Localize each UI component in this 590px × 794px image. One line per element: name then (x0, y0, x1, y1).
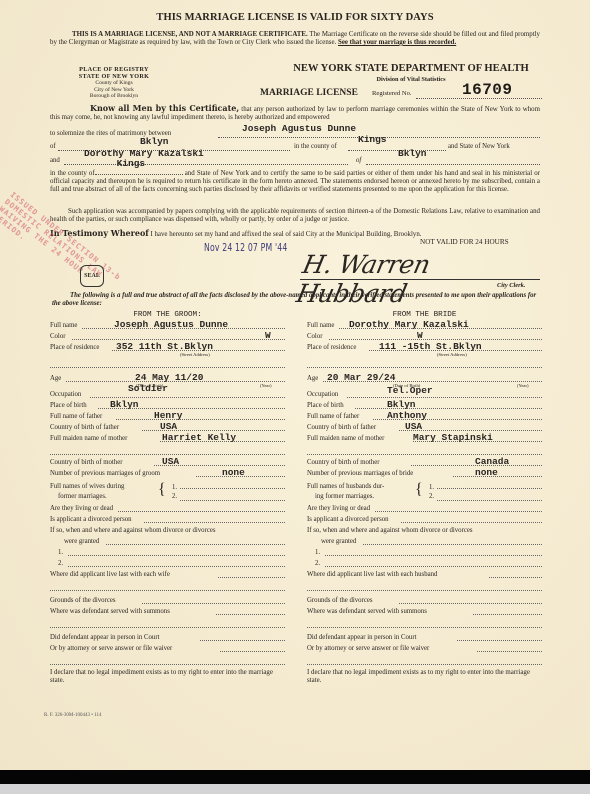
bride-lived-last-label: Where did applicant live last with each … (307, 571, 437, 578)
groom-former-spouses-label-2: former marriages. (58, 493, 107, 500)
bride-spouse-2-line (437, 500, 542, 501)
bride-father-country-row: Country of birth of father USA (307, 421, 542, 432)
groom-occupation-label: Occupation (50, 391, 81, 398)
bride-full-name-value: Dorothy Mary Kazalski (349, 319, 469, 330)
brace-icon: { (415, 482, 423, 498)
bride-attorney-row: Or by attorney or serve answer or file w… (307, 642, 542, 653)
groom-spouse-2-label: 2. (172, 493, 177, 501)
groom-father-line (116, 419, 285, 420)
bride-living-line (375, 511, 542, 512)
testimony-text: I have hereunto set my hand and affixed … (149, 231, 422, 238)
groom-divorced-label: Is applicant a divorced person (50, 516, 132, 523)
marriage-license-page: THIS MARRIAGE LICENSE IS VALID FOR SIXTY… (0, 0, 590, 770)
groom-lived-last-label: Where did applicant live last with each … (50, 571, 170, 578)
bride-residence-row: Place of residence 111 -15th St.Bklyn (S… (307, 341, 542, 352)
groom-prev-marriages-label: Number of previous marriages of groom (50, 470, 160, 477)
groom-attorney-row: Or by attorney or serve answer or file w… (50, 642, 285, 653)
groom-full-name-value: Joseph Agustus Dunne (114, 319, 228, 330)
bride-county-field: Kings (95, 166, 183, 175)
form-code: R. F. 326-30M-100443 • 114 (44, 713, 102, 718)
bride-divorced-row: Is applicant a divorced person (307, 513, 542, 524)
groom-residence-extra-line (50, 367, 285, 368)
groom-former-spouses-row: Full names of wives during former marria… (50, 478, 285, 502)
groom-father-value: Henry (154, 410, 183, 421)
groom-mother-extra-row (50, 443, 285, 456)
groom-mother-extra-line (50, 454, 285, 455)
bride-prev-marriages-label: Number of previous marriages of bride (307, 470, 413, 477)
certify-paragraph: in the county ofKings and State of New Y… (50, 166, 540, 194)
state-label: and State of New York (448, 143, 510, 150)
bride-summons-line (473, 614, 542, 615)
bride-occupation-label: Occupation (307, 391, 338, 398)
abstract-statement: The following is a full and true abstrac… (52, 292, 542, 308)
bride-spouse-1-line (437, 488, 542, 489)
groom-living-row: Are they living or dead (50, 502, 285, 513)
bride-appear-line (457, 640, 542, 641)
bride-mother-country-label: Country of birth of mother (307, 459, 380, 466)
intro-bold: THIS IS A MARRIAGE LICENSE, AND NOT A MA… (72, 31, 308, 38)
bride-appear-row: Did defendant appear in person in Court (307, 629, 542, 642)
bride-father-row: Full name of father Anthony (307, 410, 542, 421)
seal-icon: SEAL (80, 265, 104, 287)
bride-grounds-label: Grounds of the divorces (307, 597, 373, 604)
groom-attorney-extra-line (50, 664, 285, 665)
bride-declaration: I declare that no legal impediment exist… (307, 669, 542, 684)
bride-granted-line (363, 544, 542, 545)
groom-living-line (118, 511, 285, 512)
bride-age-label: Age (307, 375, 318, 382)
bride-mother-label: Full maiden name of mother (307, 435, 384, 442)
bride-former-spouses-label-1: Full names of husbands dur- (307, 483, 384, 490)
groom-summons-row: Where was defendant served with summons (50, 605, 285, 616)
groom-birthplace-row: Place of birth Bklyn (50, 399, 285, 410)
groom-mother-country-row: Country of birth of mother USA (50, 456, 285, 467)
groom-lived-extra-line (50, 590, 285, 591)
groom-residence-extra-row (50, 352, 285, 369)
registered-label: Registered No. (372, 90, 412, 97)
groom-granted-row: were granted (50, 535, 285, 546)
registry-line-5: Borough of Brooklyn (52, 93, 176, 100)
groom-age-row: Age 24 May 11/20 (Date of Birth) (Year) (50, 369, 285, 383)
bride-of-line (366, 164, 540, 165)
bride-prev-marriages-row: Number of previous marriages of bride no… (307, 467, 542, 478)
groom-living-label: Are they living or dead (50, 505, 113, 512)
bride-mother-country-row: Country of birth of mother Canada (307, 456, 542, 467)
groom-appear-row: Did defendant appear in person in Court (50, 629, 285, 642)
groom-granted-1-row: 1. (50, 546, 285, 557)
bride-name-line (64, 164, 348, 165)
seal-label: SEAL (84, 273, 100, 279)
bride-grounds-line (399, 603, 542, 604)
groom-attorney-extra-row (50, 653, 285, 666)
groom-prev-marriages-row: Number of previous marriages of groom no… (50, 467, 285, 478)
bride-granted-2-label: 2. (315, 560, 320, 567)
bride-residence-label: Place of residence (307, 344, 356, 351)
groom-color-line (72, 339, 285, 340)
bride-occupation-row: Occupation Tel.Oper (307, 383, 542, 399)
groom-county-value: Kings (358, 134, 387, 145)
bride-living-row: Are they living or dead (307, 502, 542, 513)
groom-granted-label: were granted (64, 538, 99, 545)
bride-living-label: Are they living or dead (307, 505, 370, 512)
bride-mother-country-value: Canada (475, 456, 509, 467)
groom-divorce-when-row: If so, when and where and against whom d… (50, 524, 285, 535)
application-paragraph: Such application was accompanied by pape… (50, 208, 540, 224)
groom-granted-line (106, 544, 285, 545)
bride-county-label: in the county of (50, 170, 95, 177)
bride-residence-value: 111 -15th St.Bklyn (379, 341, 482, 352)
bride-color-row: Color W (307, 330, 542, 341)
groom-former-spouses-label-1: Full names of wives during (50, 483, 124, 490)
bride-heading: FROM THE BRIDE (307, 311, 542, 319)
groom-lived-last-line (218, 577, 285, 578)
groom-divorce-when-label: If so, when and where and against whom d… (50, 527, 216, 534)
intro-underline: See that your marriage is thus recorded. (338, 39, 456, 46)
bride-divorced-line (401, 522, 542, 523)
license-title: MARRIAGE LICENSE (260, 88, 358, 98)
groom-summons-extra-line (50, 627, 285, 628)
groom-color-label: Color (50, 333, 65, 340)
groom-mother-label: Full maiden name of mother (50, 435, 127, 442)
groom-occupation-row: Occupation Soldier (50, 383, 285, 399)
brace-icon: { (158, 482, 166, 498)
city-clerk-title: City Clerk. (497, 282, 525, 289)
groom-appear-line (200, 640, 285, 641)
groom-mother-row: Full maiden name of mother Harriet Kelly (50, 432, 285, 443)
bride-lived-extra-row (307, 579, 542, 592)
bride-occupation-value: Tel.Oper (387, 385, 433, 396)
bride-spouse-2-label: 2. (429, 493, 434, 501)
place-of-registry: PLACE OF REGISTRY STATE OF NEW YORK Coun… (52, 67, 176, 100)
bride-mother-value: Mary Stapinski (413, 432, 493, 443)
bride-father-label: Full name of father (307, 413, 359, 420)
date-stamp: Nov 24 12 07 PM '44 (204, 242, 287, 254)
bride-full-name-row: Full name Dorothy Mary Kazalski (307, 319, 542, 330)
bride-color-label: Color (307, 333, 322, 340)
groom-granted-1-line (68, 555, 285, 556)
bride-of-label: of (356, 157, 361, 164)
bride-residence-extra-line (307, 367, 542, 368)
groom-father-country-value: USA (160, 421, 177, 432)
groom-age-label: Age (50, 375, 61, 382)
bride-former-spouses-label-2: ing former marriages. (315, 493, 374, 500)
bride-color-line (329, 339, 542, 340)
groom-mother-value: Harriet Kelly (162, 432, 236, 443)
bride-mother-row: Full maiden name of mother Mary Stapinsk… (307, 432, 542, 443)
groom-declaration: I declare that no legal impediment exist… (50, 669, 285, 684)
bride-father-country-label: Country of birth of father (307, 424, 376, 431)
bride-color-value: W (417, 330, 423, 341)
groom-occupation-value: Soldier (128, 383, 168, 394)
bride-birthplace-label: Place of birth (307, 402, 344, 409)
groom-granted-2-row: 2. (50, 557, 285, 568)
bride-former-spouses-row: Full names of husbands dur- ing former m… (307, 478, 542, 502)
and-label: and (50, 157, 60, 164)
intro-notice: THIS IS A MARRIAGE LICENSE, AND NOT A MA… (50, 31, 540, 47)
application-text: Such application was accompanied by pape… (50, 208, 540, 223)
bride-lived-last-row: Where did applicant live last with each … (307, 568, 542, 579)
validity-title: THIS MARRIAGE LICENSE IS VALID FOR SIXTY… (0, 12, 590, 23)
groom-appear-label: Did defendant appear in person in Court (50, 634, 159, 641)
groom-grounds-row: Grounds of the divorces (50, 592, 285, 605)
groom-column: FROM THE GROOM: Full name Joseph Agustus… (50, 311, 285, 684)
groom-mother-country-label: Country of birth of mother (50, 459, 123, 466)
bottom-black-bar (0, 770, 590, 784)
bride-age-value: 20 Mar 29/24 (327, 372, 395, 383)
bride-birthplace-value: Bklyn (387, 399, 416, 410)
bride-birthplace-line (355, 408, 542, 409)
groom-county-line (348, 150, 446, 151)
groom-divorced-row: Is applicant a divorced person (50, 513, 285, 524)
groom-summons-label: Where was defendant served with summons (50, 608, 170, 615)
department-name: NEW YORK STATE DEPARTMENT OF HEALTH (280, 63, 542, 74)
bride-column: FROM THE BRIDE Full name Dorothy Mary Ka… (307, 311, 542, 684)
bride-mother-extra-row (307, 443, 542, 456)
groom-lived-extra-row (50, 579, 285, 592)
certificate-opening: Know all Men by this Certificate, that a… (50, 104, 540, 122)
groom-residence-row: Place of residence 352 11th St.Bklyn (St… (50, 341, 285, 352)
groom-attorney-label: Or by attorney or serve answer or file w… (50, 645, 172, 652)
bride-divorced-label: Is applicant a divorced person (307, 516, 389, 523)
bride-prev-marriages-value: none (475, 467, 498, 478)
groom-spouse-2-line (180, 500, 285, 501)
groom-age-value: 24 May 11/20 (135, 372, 203, 383)
bride-attorney-extra-row (307, 653, 542, 666)
bride-attorney-label: Or by attorney or serve answer or file w… (307, 645, 429, 652)
groom-father-label: Full name of father (50, 413, 102, 420)
bride-granted-1-row: 1. (307, 546, 542, 557)
groom-of-value: Bklyn (140, 136, 169, 147)
bride-county-value: Kings (117, 160, 146, 168)
not-valid-24-hours: NOT VALID FOR 24 HOURS (420, 238, 509, 246)
groom-birthplace-value: Bklyn (110, 399, 139, 410)
opening-gothic: Know all Men by this Certificate, (90, 103, 239, 113)
bride-granted-2-line (325, 566, 542, 567)
bride-summons-row: Where was defendant served with summons (307, 605, 542, 616)
bride-occupation-line (347, 397, 542, 398)
of-label: of (50, 143, 56, 150)
groom-father-country-label: Country of birth of father (50, 424, 119, 431)
groom-father-country-row: Country of birth of father USA (50, 421, 285, 432)
groom-birthplace-label: Place of birth (50, 402, 87, 409)
groom-full-name-label: Full name (50, 322, 77, 329)
bride-attorney-extra-line (307, 664, 542, 665)
bride-mother-extra-line (307, 454, 542, 455)
groom-granted-2-line (68, 566, 285, 567)
county-label: in the county of (294, 143, 337, 150)
groom-divorced-line (144, 522, 285, 523)
groom-name-value: Joseph Agustus Dunne (242, 123, 356, 134)
bride-summons-extra-row (307, 616, 542, 629)
groom-color-value: W (265, 330, 271, 341)
bride-father-country-value: USA (405, 421, 422, 432)
bride-attorney-line (477, 651, 542, 652)
bride-full-name-label: Full name (307, 322, 334, 329)
groom-residence-label: Place of residence (50, 344, 99, 351)
groom-granted-2-label: 2. (58, 560, 63, 567)
bride-divorce-when-label: If so, when and where and against whom d… (307, 527, 473, 534)
bride-of-value: Bklyn (398, 148, 427, 159)
bride-birthplace-row: Place of birth Bklyn (307, 399, 542, 410)
groom-summons-line (216, 614, 285, 615)
bride-residence-extra-row (307, 352, 542, 369)
bride-summons-label: Where was defendant served with summons (307, 608, 427, 615)
groom-father-row: Full name of father Henry (50, 410, 285, 421)
bride-appear-label: Did defendant appear in person in Court (307, 634, 416, 641)
groom-color-row: Color W (50, 330, 285, 341)
signature-line (300, 279, 540, 280)
bride-divorce-when-row: If so, when and where and against whom d… (307, 524, 542, 535)
groom-attorney-line (220, 651, 285, 652)
groom-grounds-label: Grounds of the divorces (50, 597, 116, 604)
bride-granted-label: were granted (321, 538, 356, 545)
bride-granted-row: were granted (307, 535, 542, 546)
groom-occupation-line (90, 397, 285, 398)
bride-grounds-row: Grounds of the divorces (307, 592, 542, 605)
bride-granted-1-label: 1. (315, 549, 320, 556)
bride-summons-extra-line (307, 627, 542, 628)
bride-lived-last-line (489, 577, 542, 578)
abstract-text: The following is a full and true abstrac… (52, 292, 536, 307)
groom-summons-extra-row (50, 616, 285, 629)
groom-heading: FROM THE GROOM: (50, 311, 285, 319)
groom-lived-last-row: Where did applicant live last with each … (50, 568, 285, 579)
bride-granted-2-row: 2. (307, 557, 542, 568)
bride-age-row: Age 20 Mar 29/24 (Date of Birth) (Year) (307, 369, 542, 383)
bride-lived-extra-line (307, 590, 542, 591)
bride-granted-1-line (325, 555, 542, 556)
groom-mother-country-value: USA (162, 456, 179, 467)
bride-father-value: Anthony (387, 410, 427, 421)
registered-number: 16709 (462, 81, 513, 99)
groom-grounds-line (142, 603, 285, 604)
groom-residence-value: 352 11th St.Bklyn (116, 341, 213, 352)
groom-spouse-1-line (180, 488, 285, 489)
groom-granted-1-label: 1. (58, 549, 63, 556)
groom-full-name-row: Full name Joseph Agustus Dunne (50, 319, 285, 330)
groom-prev-marriages-value: none (222, 467, 245, 478)
